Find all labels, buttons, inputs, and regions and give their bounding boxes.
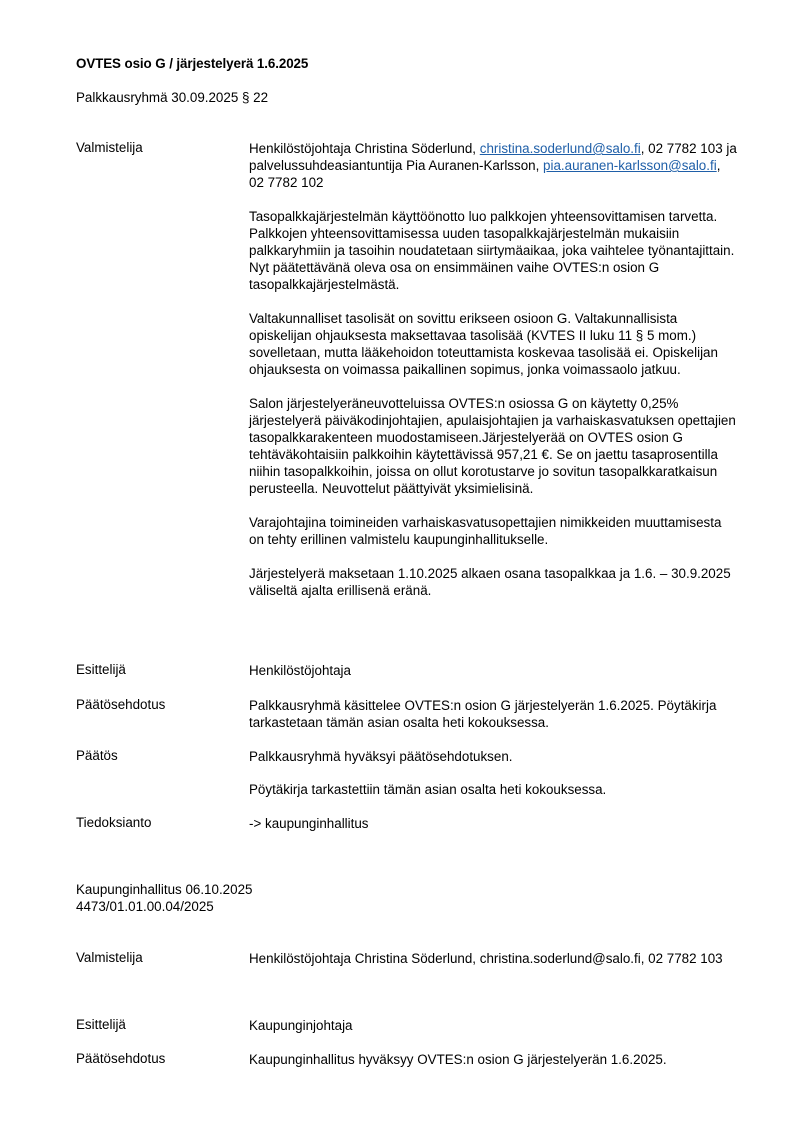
esittelija-label: Esittelijä <box>76 662 126 677</box>
paatos-value-1: Palkkausryhmä hyväksyi päätösehdotuksen. <box>249 748 739 765</box>
valmistelija-label: Valmistelija <box>76 140 143 155</box>
body-paragraph: Valtakunnalliset tasolisät on sovittu er… <box>249 310 739 378</box>
paatosehdotus-value: Palkkausryhmä käsittelee OVTES:n osion G… <box>249 697 739 731</box>
paatos-label: Päätös <box>76 748 118 763</box>
body-paragraph: Salon järjestelyeräneuvotteluissa OVTES:… <box>249 395 739 497</box>
valmistelija-text: Henkilöstöjohtaja Christina Söderlund, c… <box>249 140 739 191</box>
tiedoksianto-value: -> kaupunginhallitus <box>249 815 739 832</box>
paatosehdotus-value-2: Kaupunginhallitus hyväksyy OVTES:n osion… <box>249 1051 739 1068</box>
email-link-pia[interactable]: pia.auranen-karlsson@salo.fi <box>543 158 717 173</box>
valmistelija-text-a: Henkilöstöjohtaja Christina Söderlund, <box>249 141 480 156</box>
body-paragraph: Järjestelyerä maksetaan 1.10.2025 alkaen… <box>249 565 739 599</box>
valmistelija-content: Henkilöstöjohtaja Christina Söderlund, c… <box>249 140 739 599</box>
valmistelija-value-2: Henkilöstöjohtaja Christina Söderlund, c… <box>249 950 739 967</box>
body-paragraph: Tasopalkkajärjestelmän käyttöönotto luo … <box>249 208 739 293</box>
esittelija-label-2: Esittelijä <box>76 1017 126 1032</box>
paatos-value-2: Pöytäkirja tarkastettiin tämän asian osa… <box>249 781 739 798</box>
paatosehdotus-label-2: Päätösehdotus <box>76 1051 165 1066</box>
email-link-christina[interactable]: christina.soderlund@salo.fi <box>480 141 641 156</box>
document-title: OVTES osio G / järjestelyerä 1.6.2025 <box>76 56 308 71</box>
body-paragraph: Varajohtajina toimineiden varhaiskasvatu… <box>249 514 739 548</box>
diary-number: 4473/01.01.00.04/2025 <box>76 899 214 914</box>
valmistelija-label-2: Valmistelija <box>76 950 143 965</box>
meeting-reference-2: Kaupunginhallitus 06.10.2025 <box>76 882 252 897</box>
paatosehdotus-label: Päätösehdotus <box>76 697 165 712</box>
esittelija-value-2: Kaupunginjohtaja <box>249 1017 739 1034</box>
esittelija-value: Henkilöstöjohtaja <box>249 662 739 679</box>
tiedoksianto-label: Tiedoksianto <box>76 815 151 830</box>
meeting-reference-1: Palkkausryhmä 30.09.2025 § 22 <box>76 90 268 105</box>
